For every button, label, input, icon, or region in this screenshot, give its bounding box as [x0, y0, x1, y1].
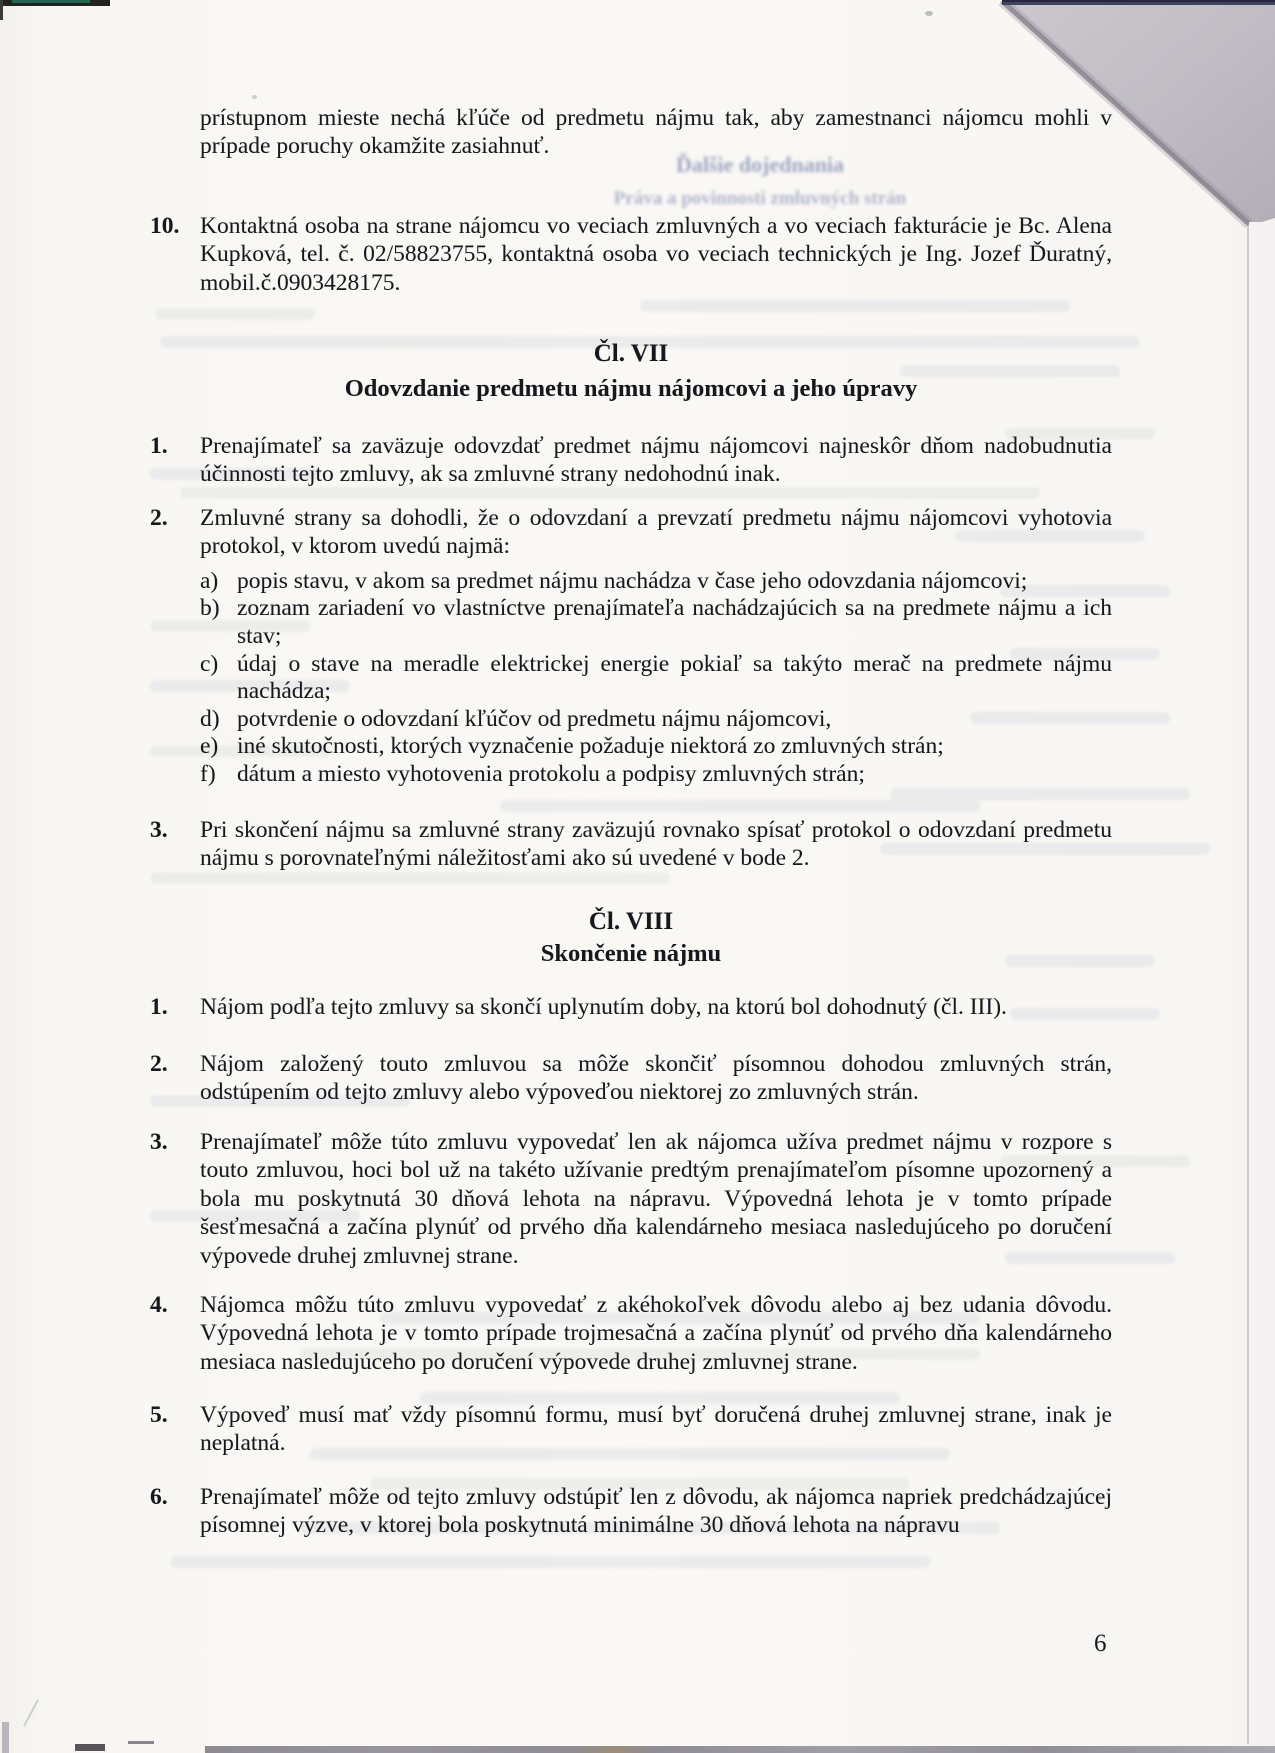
subitem-f: f) dátum a miesto vyhotovenia protokolu …: [200, 761, 1112, 789]
article-8-item-6: 6. Prenajímateľ môže od tejto zmluvy ods…: [150, 1483, 1112, 1540]
article-7-item-1: 1. Prenajímateľ sa zaväzuje odovzdať pre…: [150, 432, 1112, 489]
bleedthrough-line: [500, 800, 980, 812]
item-text: Prenajímateľ sa zaväzuje odovzdať predme…: [200, 432, 1112, 489]
bleedthrough-subheading: Práva a povinnosti zmluvných strán: [540, 188, 980, 210]
subitem-a: a) popis stavu, v akom sa predmet nájmu …: [200, 568, 1112, 596]
article-7-title: Odovzdanie predmetu nájmu nájomcovi a je…: [150, 375, 1112, 403]
item-number: 5.: [150, 1401, 200, 1458]
clause-10-number: 10.: [150, 212, 200, 297]
scan-edge-left: [0, 0, 3, 20]
clause-10-text: Kontaktná osoba na strane nájomcu vo vec…: [200, 212, 1112, 297]
article-8-item-1: 1. Nájom podľa tejto zmluvy sa skončí up…: [150, 993, 1112, 1021]
article-7-number: Čl. VII: [150, 340, 1112, 368]
item-text: Nájom založený touto zmluvou sa môže sko…: [200, 1050, 1112, 1107]
scan-edge-bottom-dash: [128, 1741, 154, 1744]
subitem-label: e): [200, 733, 237, 761]
clause-10: 10. Kontaktná osoba na strane nájomcu vo…: [150, 212, 1112, 297]
continuation-paragraph: prístupnom mieste nechá kľúče od predmet…: [200, 104, 1112, 161]
page-number: 6: [1094, 1630, 1107, 1658]
scan-edge-top-left-fringe: [12, 0, 90, 3]
item-text: Pri skončení nájmu sa zmluvné strany zav…: [200, 816, 1112, 873]
subitem-label: b): [200, 595, 237, 650]
item-text: Výpoveď musí mať vždy písomnú formu, mus…: [200, 1401, 1112, 1458]
item-number: 3.: [150, 816, 200, 873]
item-text: Nájom podľa tejto zmluvy sa skončí uplyn…: [200, 993, 1112, 1021]
article-8-title: Skončenie nájmu: [150, 940, 1112, 968]
article-8-item-5: 5. Výpoveď musí mať vždy písomnú formu, …: [150, 1401, 1112, 1458]
subitem-d: d) potvrdenie o odovzdaní kľúčov od pred…: [200, 706, 1112, 734]
subitem-text: údaj o stave na meradle elektrickej ener…: [237, 651, 1112, 706]
article-8-number: Čl. VIII: [150, 908, 1112, 936]
subitem-label: c): [200, 651, 237, 706]
bleedthrough-line: [890, 788, 1190, 800]
subitem-c: c) údaj o stave na meradle elektrickej e…: [200, 651, 1112, 706]
dust-speck: [252, 95, 257, 99]
subitem-b: b) zoznam zariadení vo vlastníctve prena…: [200, 595, 1112, 650]
dust-speck: [925, 11, 933, 16]
subitem-text: zoznam zariadení vo vlastníctve prenajím…: [237, 595, 1112, 650]
scan-edge-bottom-left: [2, 1722, 9, 1753]
subitem-label: d): [200, 706, 237, 734]
scanner-background-right: [1249, 222, 1275, 1744]
folded-corner: [985, 0, 1275, 235]
article-7-item-3: 3. Pri skončení nájmu sa zmluvné strany …: [150, 816, 1112, 873]
item-number: 3.: [150, 1128, 200, 1270]
item-text: Zmluvné strany sa dohodli, že o odovzdan…: [200, 504, 1112, 561]
subitem-text: popis stavu, v akom sa predmet nájmu nac…: [237, 568, 1112, 596]
item-text: Prenajímateľ môže od tejto zmluvy odstúp…: [200, 1483, 1112, 1540]
scanned-contract-page: Ďalšie dojednania Práva a povinnosti zml…: [0, 0, 1275, 1753]
item-number: 4.: [150, 1291, 200, 1376]
dust-speck: [1098, 1496, 1102, 1500]
protocol-subitems: a) popis stavu, v akom sa predmet nájmu …: [200, 568, 1112, 789]
article-8-item-2: 2. Nájom založený touto zmluvou sa môže …: [150, 1050, 1112, 1107]
item-number: 1.: [150, 432, 200, 489]
subitem-text: iné skutočnosti, ktorých vyznačenie poža…: [237, 733, 1112, 761]
bleedthrough-line: [640, 300, 1070, 312]
scan-edge-bottom-mark: [75, 1744, 105, 1751]
article-8-item-4: 4. Nájomca môžu túto zmluvu vypovedať z …: [150, 1291, 1112, 1376]
pencil-mark: [23, 1699, 39, 1726]
article-7-item-2: 2. Zmluvné strany sa dohodli, že o odovz…: [150, 504, 1112, 789]
subitem-text: dátum a miesto vyhotovenia protokolu a p…: [237, 761, 1112, 789]
bleedthrough-line: [150, 872, 670, 884]
item-number: 2.: [150, 1050, 200, 1107]
item-text: Nájomca môžu túto zmluvu vypovedať z aké…: [200, 1291, 1112, 1376]
item-text: Prenajímateľ môže túto zmluvu vypovedať …: [200, 1128, 1112, 1270]
bleedthrough-line: [155, 308, 315, 320]
item-content: Zmluvné strany sa dohodli, že o odovzdan…: [200, 504, 1112, 789]
subitem-text: potvrdenie o odovzdaní kľúčov od predmet…: [237, 706, 1112, 734]
subitem-e: e) iné skutočnosti, ktorých vyznačenie p…: [200, 733, 1112, 761]
subitem-label: f): [200, 761, 237, 789]
bleedthrough-line: [170, 1556, 930, 1568]
article-8-item-3: 3. Prenajímateľ môže túto zmluvu vypoved…: [150, 1128, 1112, 1270]
scan-edge-bottom: [205, 1746, 1275, 1753]
item-number: 6.: [150, 1483, 200, 1540]
item-number: 2.: [150, 504, 200, 789]
subitem-label: a): [200, 568, 237, 596]
item-number: 1.: [150, 993, 200, 1021]
